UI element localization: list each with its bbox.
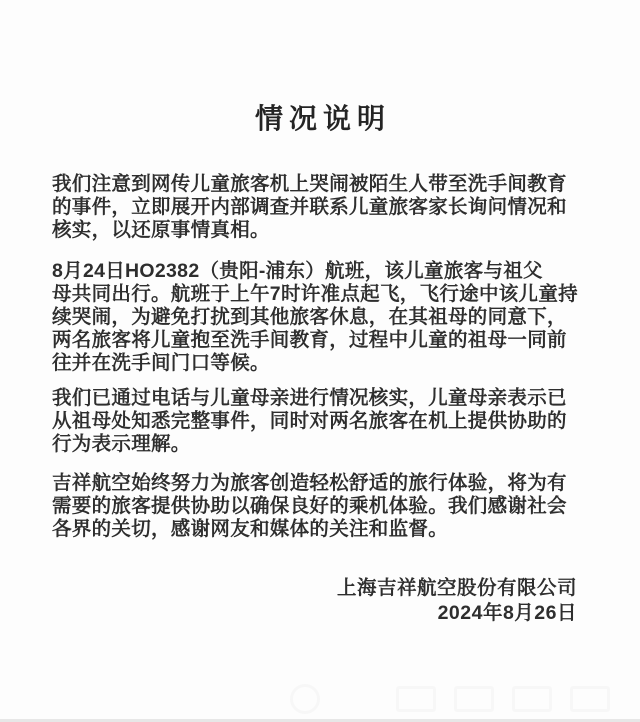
text-line: 行为表示理解。: [52, 433, 592, 456]
watermark-spacer: [338, 699, 378, 700]
paragraph-verification: 我们已通过电话与儿童母亲进行情况核实，儿童母亲表示已 从祖母处知悉完整事件，同时…: [52, 387, 592, 456]
text-line: 往并在洗手间门口等候。: [52, 352, 592, 375]
text-line: 各界的关切，感谢网友和媒体的关注和监督。: [52, 518, 592, 541]
text-line: 吉祥航空始终努力为旅客创造轻松舒适的旅行体验，将为有: [52, 472, 592, 495]
signature-block: 上海吉祥航空股份有限公司 2024年8月26日: [337, 576, 577, 626]
text-line: 8月24日HO2382（贵阳-浦东）航班，该儿童旅客与祖父: [52, 260, 592, 283]
text-line: 我们已通过电话与儿童母亲进行情况核实，儿童母亲表示已: [52, 387, 592, 410]
text-line: 我们注意到网传儿童旅客机上哭闹被陌生人带至洗手间教育: [52, 173, 592, 196]
watermark-glyph-block: [454, 686, 494, 712]
text-line: 的事件，立即展开内部调查并联系儿童旅客家长询问情况和: [52, 196, 592, 219]
text-line: 从祖母处知悉完整事件，同时对两名旅客在机上提供协助的: [52, 410, 592, 433]
text-line: 两名旅客将儿童抱至洗手间教育，过程中儿童的祖母一同前: [52, 329, 592, 352]
paragraph-closing: 吉祥航空始终努力为旅客创造轻松舒适的旅行体验，将为有 需要的旅客提供协助以确保良…: [52, 472, 592, 541]
faint-watermark: [290, 686, 610, 712]
statement-document: 情况说明 我们注意到网传儿童旅客机上哭闹被陌生人带至洗手间教育 的事件，立即展开…: [0, 0, 640, 722]
paragraph-intro: 我们注意到网传儿童旅客机上哭闹被陌生人带至洗手间教育 的事件，立即展开内部调查并…: [52, 173, 592, 242]
watermark-logo-circle-icon: [290, 684, 320, 714]
document-title: 情况说明: [0, 97, 640, 137]
signature-company: 上海吉祥航空股份有限公司: [337, 576, 577, 601]
text-line: 续哭闹，为避免打扰到其他旅客休息，在其祖母的同意下，: [52, 306, 592, 329]
text-line: 需要的旅客提供协助以确保良好的乘机体验。我们感谢社会: [52, 495, 592, 518]
watermark-glyph-block: [396, 686, 436, 712]
text-line: 核实，以还原事情真相。: [52, 219, 592, 242]
watermark-glyph-block: [570, 686, 610, 712]
signature-date: 2024年8月26日: [337, 601, 577, 626]
text-line: 母共同出行。航班于上午7时许准点起飞，飞行途中该儿童持: [52, 283, 592, 306]
paragraph-flight-details: 8月24日HO2382（贵阳-浦东）航班，该儿童旅客与祖父 母共同出行。航班于上…: [52, 260, 592, 375]
watermark-glyph-block: [512, 686, 552, 712]
